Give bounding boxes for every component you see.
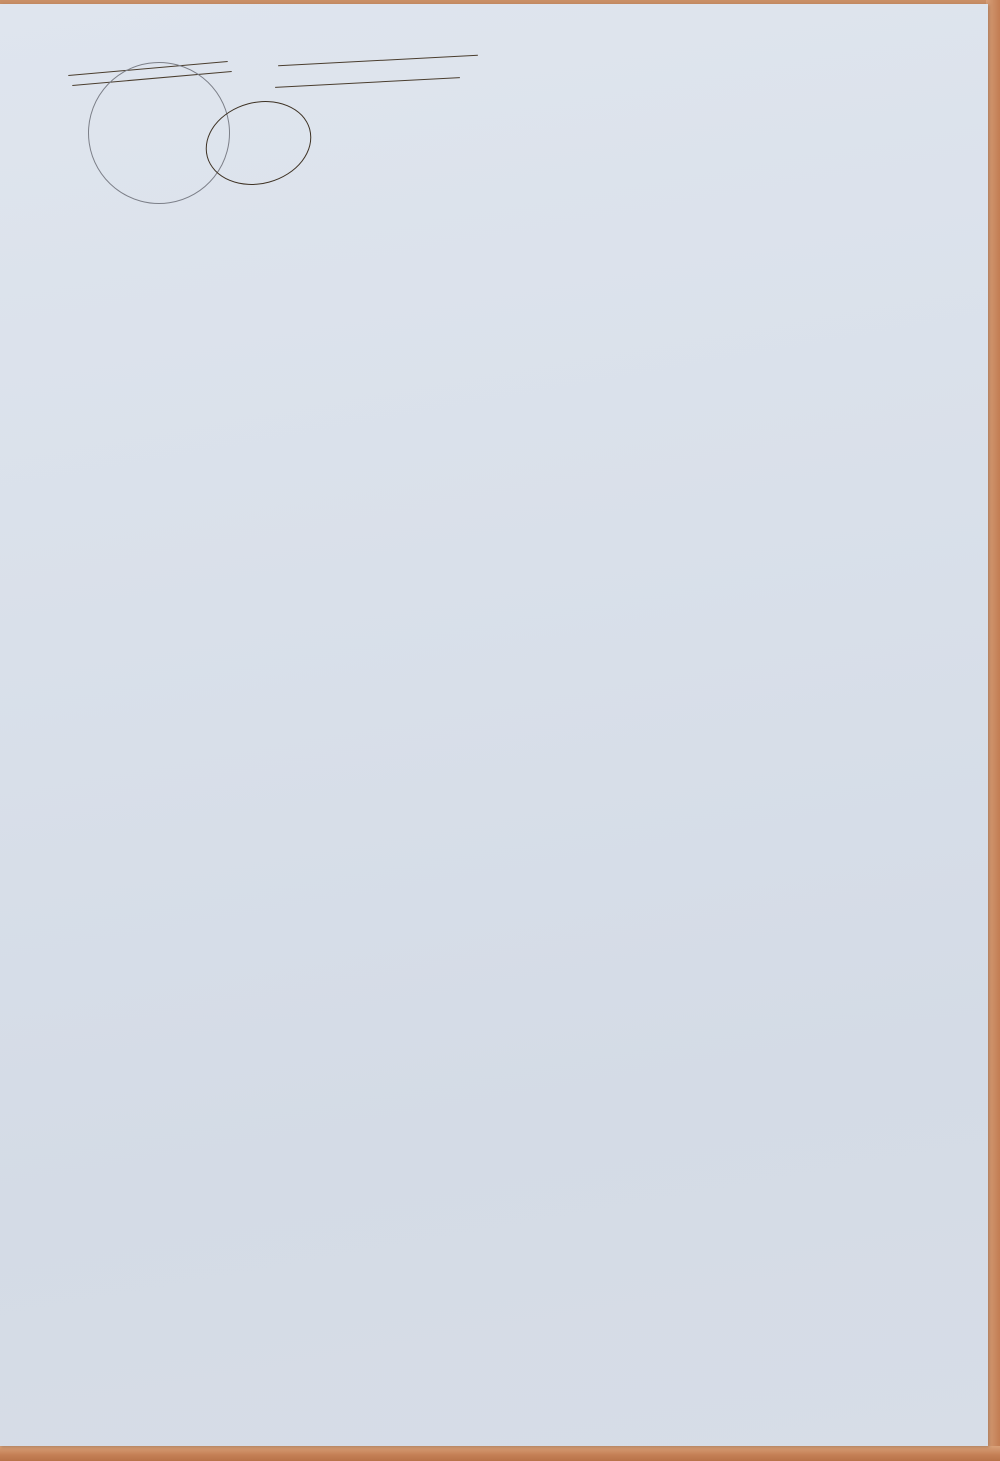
desk-surface-right <box>986 0 1000 1461</box>
letter-paper <box>0 4 988 1446</box>
name-underline <box>275 77 460 88</box>
desk-surface-bottom <box>0 1446 1000 1461</box>
name-underline <box>278 55 478 66</box>
